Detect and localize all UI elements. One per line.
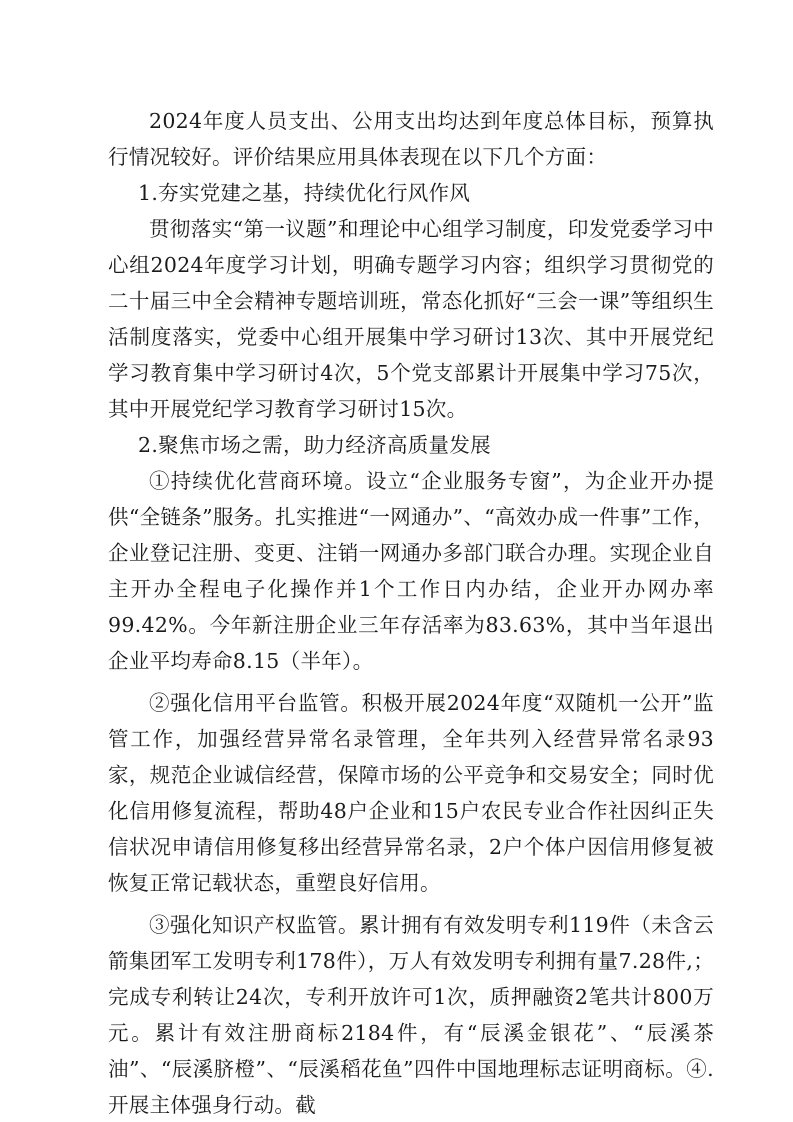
- paragraph-business-environment: ①持续优化营商环境。设立“企业服务专窗”，为企业开办提供“全链条”服务。扎实推进…: [108, 463, 714, 679]
- paragraph-budget-summary: 2024年度人员支出、公用支出均达到年度总体目标，预算执行情况较好。评价结果应用…: [108, 103, 714, 175]
- section-heading-market: 2.聚焦市场之需，助力经济高质量发展: [108, 427, 714, 463]
- document-page: 2024年度人员支出、公用支出均达到年度总体目标，预算执行情况较好。评价结果应用…: [108, 103, 714, 1122]
- paragraph-credit-supervision: ②强化信用平台监管。积极开展2024年度“双随机一公开”监管工作，加强经营异常名…: [108, 685, 714, 901]
- section-heading-party-building: 1.夯实党建之基，持续优化行风作风: [108, 175, 714, 211]
- paragraph-ip-supervision: ③强化知识产权监管。累计拥有有效发明专利119件（未含云箭集团军工发明专利178…: [108, 907, 714, 1122]
- paragraph-party-study: 贯彻落实“第一议题”和理论中心组学习制度，印发党委学习中心组2024年度学习计划…: [108, 211, 714, 427]
